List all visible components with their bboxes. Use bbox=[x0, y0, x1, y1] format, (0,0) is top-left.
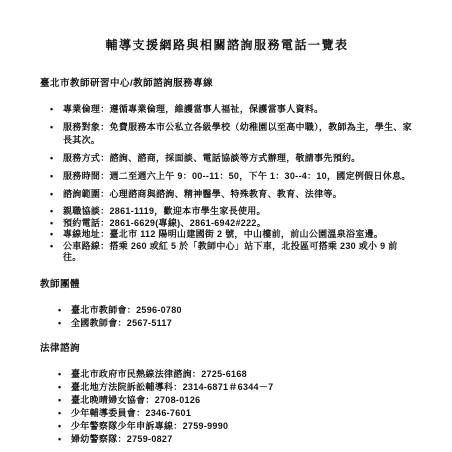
section-legal-consultation: 法律諮詢 •臺北市政府市民熱線法律諮詢：2725-6168 •臺北地方法院訴訟輔… bbox=[40, 340, 414, 446]
list-item-text: 親職協談：2861-1119，歡迎本市學生家長使用。 bbox=[63, 206, 414, 218]
list-item-text: 全國教師會：2567-5117 bbox=[71, 317, 414, 330]
list-item: •預約電話：2861-6629(專線)、2861-6942#222。 bbox=[50, 218, 414, 230]
bullet-icon: • bbox=[50, 170, 63, 183]
teacher-center-list: •專業倫理：遵循專業倫理，維護當事人福祉，保護當事人資料。 •服務對象：免費服務… bbox=[40, 103, 414, 264]
list-item-text: 少年警察隊少年申訴專線：2759-9990 bbox=[71, 420, 414, 433]
list-item: •臺北地方法院訴訟輔導科：2314-6871＃6344－7 bbox=[58, 381, 414, 394]
list-item-text: 專線地址：臺北市 112 陽明山建國街 2 號，中山樓前，前山公園溫泉浴室邊。 bbox=[63, 229, 414, 241]
legal-consultation-list: •臺北市政府市民熱線法律諮詢：2725-6168 •臺北地方法院訴訟輔導科：23… bbox=[40, 368, 414, 446]
bullet-icon: • bbox=[58, 420, 71, 433]
list-item: •臺北晚晴婦女協會：2708-0126 bbox=[58, 394, 414, 407]
list-item-text: 服務方式：諮詢、諮商，採面談、電話協談等方式辦理，敬請事先預約。 bbox=[63, 152, 414, 165]
bullet-icon: • bbox=[50, 188, 63, 201]
list-item-text: 婦幼警察隊：2759-0827 bbox=[71, 433, 414, 446]
bullet-icon: • bbox=[50, 152, 63, 165]
section-heading-legal: 法律諮詢 bbox=[40, 340, 414, 354]
section-teacher-groups: 教師團體 •臺北市教師會：2596-0780 •全國教師會：2567-5117 bbox=[40, 276, 414, 330]
section-heading-teacher-center: 臺北市教師研習中心/教師諮詢服務專線 bbox=[40, 75, 414, 89]
list-item: •臺北市教師會：2596-0780 bbox=[58, 304, 414, 317]
bullet-icon: • bbox=[50, 241, 63, 253]
list-item: •服務時間：週二至週六上午 9：00--11：50，下午 1：30--4：10，… bbox=[50, 170, 414, 183]
list-item-text: 臺北晚晴婦女協會：2708-0126 bbox=[71, 394, 414, 407]
list-item: •臺北市政府市民熱線法律諮詢：2725-6168 bbox=[58, 368, 414, 381]
page-title: 輔導支援網路與相關諮詢服務電話一覽表 bbox=[40, 36, 414, 53]
list-item: •專業倫理：遵循專業倫理，維護當事人福祉，保護當事人資料。 bbox=[50, 103, 414, 116]
bullet-icon: • bbox=[50, 121, 63, 134]
list-item-text: 少年輔導委員會：2346-7601 bbox=[71, 407, 414, 420]
bullet-icon: • bbox=[58, 433, 71, 446]
list-item: •全國教師會：2567-5117 bbox=[58, 317, 414, 330]
list-item-text: 臺北市政府市民熱線法律諮詢：2725-6168 bbox=[71, 368, 414, 381]
bullet-icon: • bbox=[50, 206, 63, 218]
bullet-icon: • bbox=[58, 317, 71, 330]
list-item-text: 服務時間：週二至週六上午 9：00--11：50，下午 1：30--4：10，國… bbox=[63, 170, 414, 183]
list-item: •親職協談：2861-1119，歡迎本市學生家長使用。 bbox=[50, 206, 414, 218]
bullet-icon: • bbox=[58, 394, 71, 407]
list-item: •公車路線：搭乘 260 或紅 5 於「教師中心」站下車，北投區可搭乘 230 … bbox=[50, 241, 414, 264]
list-item: •諮詢範圍：心理諮商與諮詢、精神醫學、特殊教育、教育、法律等。 bbox=[50, 188, 414, 201]
bullet-icon: • bbox=[50, 229, 63, 241]
bullet-icon: • bbox=[50, 103, 63, 116]
list-item: •服務對象：免費服務本市公私立各級學校（幼稚園以至高中職），教師為主，學生、家長… bbox=[50, 121, 414, 147]
list-item-text: 臺北地方法院訴訟輔導科：2314-6871＃6344－7 bbox=[71, 381, 414, 394]
teacher-groups-list: •臺北市教師會：2596-0780 •全國教師會：2567-5117 bbox=[40, 304, 414, 330]
list-item: •少年警察隊少年申訴專線：2759-9990 bbox=[58, 420, 414, 433]
bullet-icon: • bbox=[58, 368, 71, 381]
list-item: •專線地址：臺北市 112 陽明山建國街 2 號，中山樓前，前山公園溫泉浴室邊。 bbox=[50, 229, 414, 241]
list-item: •婦幼警察隊：2759-0827 bbox=[58, 433, 414, 446]
bullet-icon: • bbox=[50, 218, 63, 230]
list-item-text: 服務對象：免費服務本市公私立各級學校（幼稚園以至高中職），教師為主，學生、家長其… bbox=[63, 121, 414, 147]
list-item-text: 預約電話：2861-6629(專線)、2861-6942#222。 bbox=[63, 218, 414, 230]
bullet-icon: • bbox=[58, 381, 71, 394]
list-item-text: 公車路線：搭乘 260 或紅 5 於「教師中心」站下車，北投區可搭乘 230 或… bbox=[63, 241, 414, 264]
list-item: •服務方式：諮詢、諮商，採面談、電話協談等方式辦理，敬請事先預約。 bbox=[50, 152, 414, 165]
list-item-text: 臺北市教師會：2596-0780 bbox=[71, 304, 414, 317]
bullet-icon: • bbox=[58, 407, 71, 420]
list-item: •少年輔導委員會：2346-7601 bbox=[58, 407, 414, 420]
bullet-icon: • bbox=[58, 304, 71, 317]
document-page: 輔導支援網路與相關諮詢服務電話一覽表 臺北市教師研習中心/教師諮詢服務專線 •專… bbox=[0, 0, 452, 452]
section-teacher-center: 臺北市教師研習中心/教師諮詢服務專線 •專業倫理：遵循專業倫理，維護當事人福祉，… bbox=[40, 75, 414, 264]
section-heading-teacher-groups: 教師團體 bbox=[40, 276, 414, 290]
list-item-text: 專業倫理：遵循專業倫理，維護當事人福祉，保護當事人資料。 bbox=[63, 103, 414, 116]
list-item-text: 諮詢範圍：心理諮商與諮詢、精神醫學、特殊教育、教育、法律等。 bbox=[63, 188, 414, 201]
